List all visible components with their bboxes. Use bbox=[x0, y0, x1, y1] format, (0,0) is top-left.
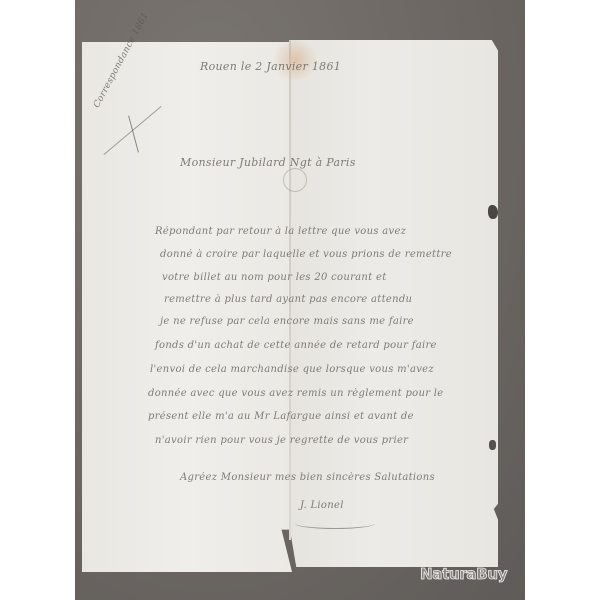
faded-stamp bbox=[283, 168, 307, 192]
letter-body-line: je ne refuse par cela encore mais sans m… bbox=[160, 316, 414, 327]
letter-body-line: votre billet au nom pour les 20 courant … bbox=[162, 272, 387, 283]
letter-body-line: remettre à plus tard ayant pas encore at… bbox=[164, 294, 412, 305]
letter-body-line: donnée avec que vous avez remis un règle… bbox=[148, 388, 444, 399]
letter-signature: J. Lionel bbox=[300, 500, 344, 511]
page-fold bbox=[289, 40, 291, 540]
letter-closing: Agréez Monsieur mes bien sincères Saluta… bbox=[180, 472, 435, 483]
signature-flourish bbox=[295, 518, 375, 529]
letter-left-page bbox=[82, 42, 292, 572]
naturabuy-watermark: NaturaBuy bbox=[420, 565, 507, 583]
paper-tear bbox=[489, 440, 496, 450]
letter-body-line: Répondant par retour à la lettre que vou… bbox=[155, 226, 406, 237]
letter-body-line: l'envoi de cela marchandise que lorsque … bbox=[150, 364, 434, 375]
letter-body-line: n'avoir rien pour vous je regrette de vo… bbox=[155, 435, 408, 446]
letter-body-line: présent elle m'a au Mr Lafargue ainsi et… bbox=[148, 411, 414, 422]
letter-body-line: fonds d'un achat de cette année de retar… bbox=[155, 340, 437, 351]
paper-tear bbox=[488, 205, 498, 219]
letter-dateline: Rouen le 2 Janvier 1861 bbox=[200, 60, 341, 73]
letter-salutation: Monsieur Jubilard Ngt à Paris bbox=[180, 156, 356, 169]
letter-body-line: donné à croire par laquelle et vous prio… bbox=[160, 249, 452, 260]
